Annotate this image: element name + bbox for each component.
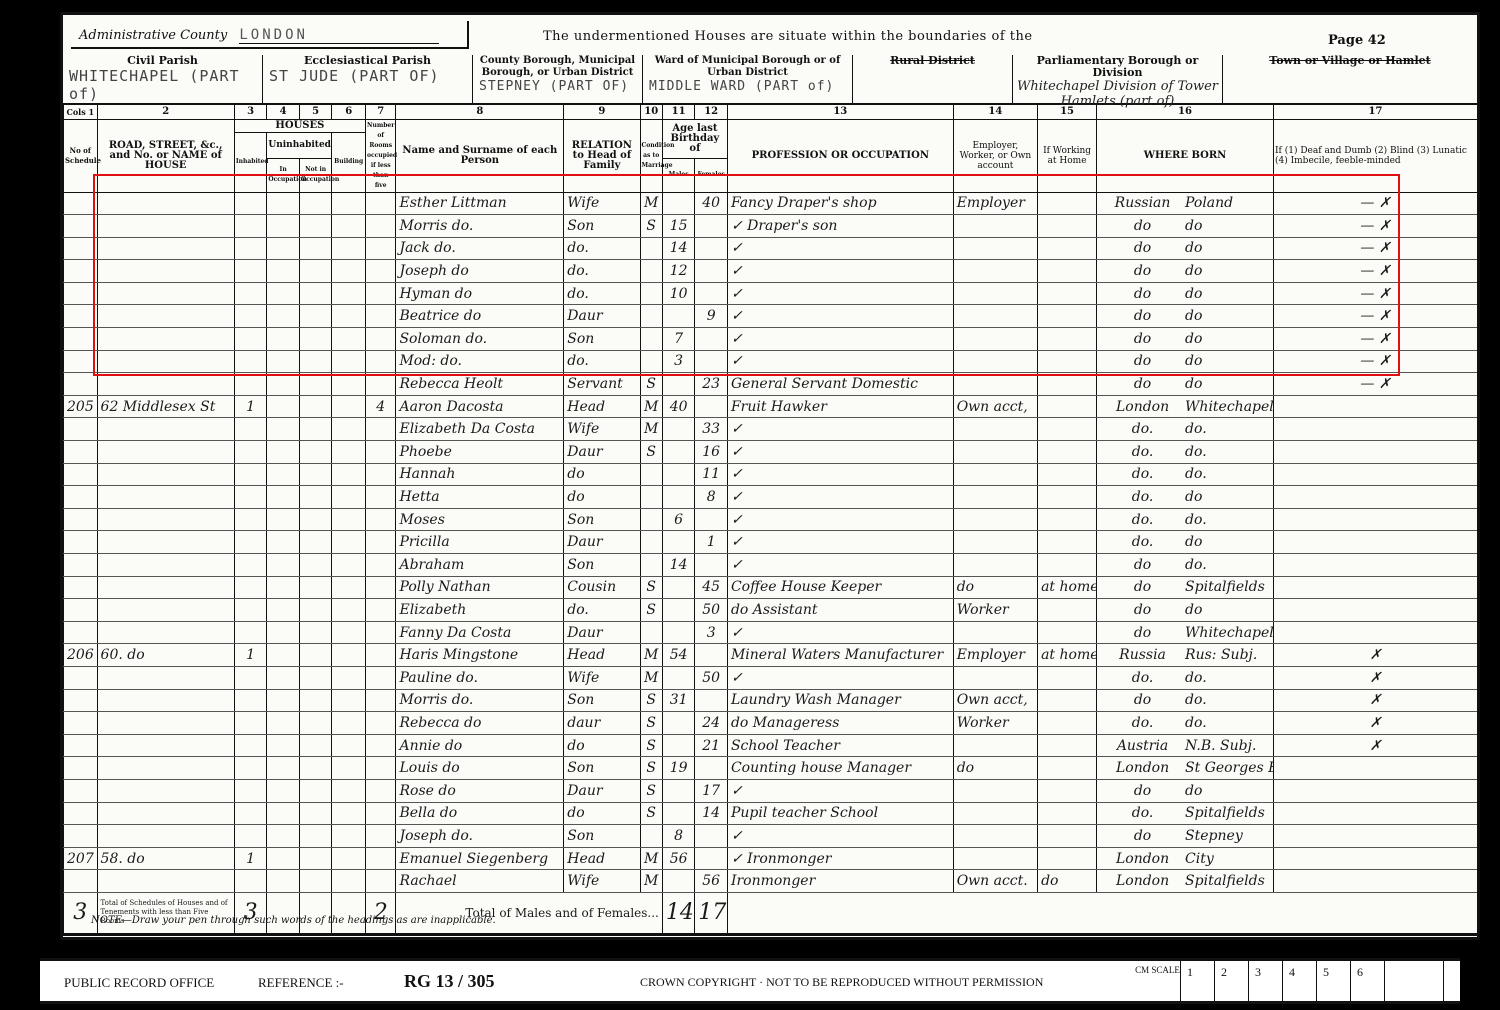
rooms-count xyxy=(365,554,396,577)
age-female xyxy=(695,282,728,305)
road-address xyxy=(97,825,234,848)
col-age: Age last Birthday of xyxy=(662,119,727,158)
table-row: Hyman dodo.10✓dodo— ✗ xyxy=(64,282,1478,305)
marital-condition xyxy=(640,328,662,351)
infirmity-mark xyxy=(1273,779,1477,802)
employer-status xyxy=(953,260,1037,283)
empty-cell xyxy=(332,870,366,893)
county-borough-label: County Borough, Municipal Borough, or Ur… xyxy=(473,55,642,79)
person-name: Rebecca do xyxy=(396,712,564,735)
table-row: Elizabeth Da CostaWifeM33✓do.do. xyxy=(64,418,1478,441)
infirmity-mark xyxy=(1273,870,1477,893)
road-address xyxy=(97,621,234,644)
col-condition: Condition as to Marriage xyxy=(640,119,662,192)
empty-cell xyxy=(299,802,332,825)
born-detail: do xyxy=(1185,489,1202,505)
empty-cell xyxy=(332,395,366,418)
where-born: dodo. xyxy=(1097,554,1274,577)
administrative-county: Administrative County LONDON xyxy=(71,21,469,49)
person-name: Hannah xyxy=(396,463,564,486)
empty-cell xyxy=(332,554,366,577)
working-at-home xyxy=(1038,825,1097,848)
born-place: London xyxy=(1100,399,1185,415)
working-at-home xyxy=(1038,260,1097,283)
relation: daur xyxy=(564,712,640,735)
marital-condition: S xyxy=(640,757,662,780)
road-address xyxy=(97,192,234,215)
marital-condition: S xyxy=(640,215,662,238)
total-inhabited: 3 xyxy=(234,892,267,934)
road-address xyxy=(97,328,234,351)
empty-cell xyxy=(332,779,366,802)
table-row: Elizabethdo.S50do AssistantWorkerdodo xyxy=(64,599,1478,622)
inhabited-count xyxy=(234,260,267,283)
empty-cell xyxy=(267,870,300,893)
rooms-count xyxy=(365,508,396,531)
road-address xyxy=(97,508,234,531)
column-number: 6 xyxy=(332,105,366,119)
born-place: do xyxy=(1100,557,1185,573)
empty-cell xyxy=(267,418,300,441)
marital-condition: S xyxy=(640,373,662,396)
employer-status xyxy=(953,373,1037,396)
age-female xyxy=(695,395,728,418)
relation: Son xyxy=(564,757,640,780)
age-female: 16 xyxy=(695,441,728,464)
empty-cell xyxy=(267,531,300,554)
marital-condition: M xyxy=(640,666,662,689)
age-male: 12 xyxy=(662,260,695,283)
empty-cell xyxy=(332,328,366,351)
working-at-home xyxy=(1038,599,1097,622)
age-female xyxy=(695,825,728,848)
empty-cell xyxy=(299,282,332,305)
inhabited-count xyxy=(234,757,267,780)
where-born: do.Spitalfields xyxy=(1097,802,1274,825)
rooms-count xyxy=(365,192,396,215)
age-female xyxy=(695,260,728,283)
relation: Wife xyxy=(564,418,640,441)
infirmity-mark xyxy=(1273,621,1477,644)
employer-status: Employer xyxy=(953,644,1037,667)
born-detail: Stepney xyxy=(1185,828,1243,844)
road-address xyxy=(97,802,234,825)
table-row: Jack do.do.14✓dodo— ✗ xyxy=(64,237,1478,260)
rooms-count xyxy=(365,418,396,441)
born-detail: do xyxy=(1185,783,1202,799)
where-born: LondonWhitechapel xyxy=(1097,395,1274,418)
road-address xyxy=(97,757,234,780)
empty-cell xyxy=(332,215,366,238)
occupation: General Servant Domestic xyxy=(727,373,953,396)
road-address xyxy=(97,282,234,305)
column-number: 2 xyxy=(97,105,234,119)
rooms-count xyxy=(365,463,396,486)
born-detail: do. xyxy=(1185,715,1207,731)
infirmity-mark: — ✗ xyxy=(1273,215,1477,238)
empty-cell xyxy=(299,689,332,712)
reference-label: REFERENCE :- xyxy=(258,975,344,991)
born-detail: do xyxy=(1185,353,1202,369)
infirmity-mark: — ✗ xyxy=(1273,328,1477,351)
where-born: doWhitechapel xyxy=(1097,621,1274,644)
born-detail: do. xyxy=(1185,692,1207,708)
empty-cell xyxy=(267,350,300,373)
rural-district: Rural District xyxy=(853,55,1013,103)
infirmity-mark: — ✗ xyxy=(1273,350,1477,373)
relation: Daur xyxy=(564,305,640,328)
civil-parish-label: Civil Parish xyxy=(63,55,262,67)
archive-footer: PUBLIC RECORD OFFICE REFERENCE :- RG 13 … xyxy=(40,958,1460,1004)
born-place: do. xyxy=(1100,534,1185,550)
age-female: 3 xyxy=(695,621,728,644)
employer-status xyxy=(953,282,1037,305)
born-detail: City xyxy=(1185,851,1214,867)
marital-condition xyxy=(640,237,662,260)
person-name: Pricilla xyxy=(396,531,564,554)
total-females: 17 xyxy=(695,892,728,934)
inhabited-count xyxy=(234,689,267,712)
inhabited-count xyxy=(234,328,267,351)
age-female xyxy=(695,508,728,531)
age-male xyxy=(662,779,695,802)
person-name: Hyman do xyxy=(396,282,564,305)
road-address xyxy=(97,779,234,802)
empty-cell xyxy=(299,779,332,802)
born-detail: Spitalfields xyxy=(1185,805,1265,821)
rooms-count xyxy=(365,328,396,351)
marital-condition: M xyxy=(640,395,662,418)
age-male xyxy=(662,373,695,396)
table-row: Pauline do.WifeM50✓do.do.✗ xyxy=(64,666,1478,689)
column-number: 16 xyxy=(1097,105,1274,119)
ecclesiastical-parish-value: ST JUDE (PART OF) xyxy=(263,67,472,85)
age-male xyxy=(662,576,695,599)
occupation: ✓ xyxy=(727,418,953,441)
empty-cell xyxy=(267,576,300,599)
road-address xyxy=(97,666,234,689)
empty-cell xyxy=(332,373,366,396)
person-name: Phoebe xyxy=(396,441,564,464)
employer-status: Own acct, xyxy=(953,689,1037,712)
born-place: do xyxy=(1100,602,1185,618)
county-borough-value: STEPNEY (PART OF) xyxy=(473,79,642,94)
road-address xyxy=(97,486,234,509)
scale-tick: 1 xyxy=(1180,961,1214,1001)
born-place: do xyxy=(1100,376,1185,392)
born-detail: do xyxy=(1185,218,1202,234)
relation: do. xyxy=(564,282,640,305)
empty-cell xyxy=(299,463,332,486)
born-place: do. xyxy=(1100,489,1185,505)
empty-cell xyxy=(299,237,332,260)
working-at-home: at home xyxy=(1038,576,1097,599)
table-row: 20758. do1Emanuel SiegenbergHeadM56✓ Iro… xyxy=(64,847,1478,870)
empty-cell xyxy=(332,192,366,215)
age-male: 56 xyxy=(662,847,695,870)
where-born: dodo xyxy=(1097,779,1274,802)
where-born: LondonCity xyxy=(1097,847,1274,870)
age-female: 17 xyxy=(695,779,728,802)
empty-cell xyxy=(267,554,300,577)
empty-cell xyxy=(267,328,300,351)
working-at-home xyxy=(1038,282,1097,305)
table-row: Esther LittmanWifeM40Fancy Draper's shop… xyxy=(64,192,1478,215)
inhabited-count xyxy=(234,666,267,689)
empty-cell xyxy=(299,305,332,328)
age-male: 40 xyxy=(662,395,695,418)
born-detail: do xyxy=(1185,534,1202,550)
age-male xyxy=(662,486,695,509)
age-female xyxy=(695,644,728,667)
where-born: doStepney xyxy=(1097,825,1274,848)
column-number: Cols 1 xyxy=(64,105,98,119)
col-at-home: If Working at Home xyxy=(1038,119,1097,192)
working-at-home xyxy=(1038,215,1097,238)
empty-cell xyxy=(332,734,366,757)
empty-cell xyxy=(332,282,366,305)
person-name: Pauline do. xyxy=(396,666,564,689)
road-address xyxy=(97,712,234,735)
where-born: dodo xyxy=(1097,237,1274,260)
road-address xyxy=(97,373,234,396)
working-at-home xyxy=(1038,328,1097,351)
relation: do xyxy=(564,734,640,757)
empty-cell xyxy=(299,395,332,418)
employer-status xyxy=(953,463,1037,486)
occupation: ✓ xyxy=(727,621,953,644)
employer-status xyxy=(953,666,1037,689)
person-name: Rebecca Heolt xyxy=(396,373,564,396)
person-name: Emanuel Siegenberg xyxy=(396,847,564,870)
inhabited-count xyxy=(234,531,267,554)
occupation: ✓ xyxy=(727,779,953,802)
born-detail: do. xyxy=(1185,466,1207,482)
empty-cell xyxy=(332,712,366,735)
empty-cell xyxy=(332,621,366,644)
relation: Son xyxy=(564,554,640,577)
col-rooms: Number of Rooms occupied if less than fi… xyxy=(365,119,396,192)
marital-condition: S xyxy=(640,734,662,757)
schedule-number: 207 xyxy=(64,847,98,870)
empty-cell xyxy=(299,215,332,238)
person-name: Fanny Da Costa xyxy=(396,621,564,644)
table-row: Morris do.SonS31Laundry Wash ManagerOwn … xyxy=(64,689,1478,712)
person-name: Hetta xyxy=(396,486,564,509)
empty-cell xyxy=(299,531,332,554)
born-detail: St Georges E, xyxy=(1185,760,1273,776)
marital-condition: M xyxy=(640,644,662,667)
employer-status: Worker xyxy=(953,599,1037,622)
employer-status xyxy=(953,554,1037,577)
person-name: Rose do xyxy=(396,779,564,802)
empty-cell xyxy=(299,486,332,509)
empty-cell xyxy=(332,260,366,283)
born-place: Russia xyxy=(1100,647,1185,663)
rooms-count xyxy=(365,486,396,509)
working-at-home xyxy=(1038,305,1097,328)
schedule-number xyxy=(64,689,98,712)
scale-end xyxy=(1384,961,1444,1001)
where-born: dodo xyxy=(1097,328,1274,351)
inhabited-count xyxy=(234,237,267,260)
boundary-text: The undermentioned Houses are situate wi… xyxy=(543,29,1033,44)
marital-condition xyxy=(640,508,662,531)
empty-cell xyxy=(332,441,366,464)
rooms-count xyxy=(365,802,396,825)
born-place: do xyxy=(1100,218,1185,234)
age-female: 50 xyxy=(695,599,728,622)
schedule-number xyxy=(64,328,98,351)
column-number: 8 xyxy=(396,105,564,119)
where-born: doSpitalfields xyxy=(1097,576,1274,599)
born-place: Russian xyxy=(1100,195,1185,211)
schedule-number xyxy=(64,621,98,644)
person-name: Elizabeth xyxy=(396,599,564,622)
age-female xyxy=(695,237,728,260)
occupation: ✓ xyxy=(727,350,953,373)
inhabited-count xyxy=(234,305,267,328)
infirmity-mark: — ✗ xyxy=(1273,305,1477,328)
road-address xyxy=(97,463,234,486)
empty-cell xyxy=(332,825,366,848)
person-name: Morris do. xyxy=(396,689,564,712)
empty-cell xyxy=(332,802,366,825)
occupation: ✓ xyxy=(727,237,953,260)
occupation: ✓ xyxy=(727,441,953,464)
born-detail: Rus: Subj. xyxy=(1185,647,1257,663)
table-row: Joseph dodo.12✓dodo— ✗ xyxy=(64,260,1478,283)
employer-status: Own acct. xyxy=(953,870,1037,893)
relation: Son xyxy=(564,508,640,531)
where-born: do.do. xyxy=(1097,463,1274,486)
age-female: 33 xyxy=(695,418,728,441)
occupation: Fancy Draper's shop xyxy=(727,192,953,215)
where-born: do.do. xyxy=(1097,666,1274,689)
working-at-home xyxy=(1038,486,1097,509)
occupation: ✓ xyxy=(727,463,953,486)
col-name: Name and Surname of each Person xyxy=(396,119,564,192)
col-not-in-occupation: Not in Occupation xyxy=(299,158,332,192)
schedule-number xyxy=(64,576,98,599)
person-name: Bella do xyxy=(396,802,564,825)
inhabited-count xyxy=(234,554,267,577)
col-schedule: No of Schedule xyxy=(64,119,98,192)
working-at-home xyxy=(1038,192,1097,215)
age-male xyxy=(662,463,695,486)
relation: Son xyxy=(564,215,640,238)
age-female xyxy=(695,215,728,238)
occupation: ✓ xyxy=(727,305,953,328)
table-row: Rebecca dodaurS24do ManageressWorkerdo.d… xyxy=(64,712,1478,735)
relation: do xyxy=(564,802,640,825)
road-address xyxy=(97,576,234,599)
table-row: Louis doSonS19Counting house ManagerdoLo… xyxy=(64,757,1478,780)
schedule-number xyxy=(64,282,98,305)
infirmity-mark xyxy=(1273,463,1477,486)
admin-county-label: Administrative County xyxy=(79,28,227,43)
born-place: do xyxy=(1100,579,1185,595)
working-at-home xyxy=(1038,350,1097,373)
person-name: Rachael xyxy=(396,870,564,893)
empty-cell xyxy=(332,486,366,509)
empty-cell xyxy=(332,599,366,622)
rooms-count xyxy=(365,576,396,599)
empty-cell xyxy=(299,734,332,757)
table-row: Fanny Da CostaDaur3✓doWhitechapel xyxy=(64,621,1478,644)
marital-condition: M xyxy=(640,418,662,441)
born-detail: do xyxy=(1185,286,1202,302)
rooms-count xyxy=(365,847,396,870)
infirmity-mark xyxy=(1273,847,1477,870)
occupation: Ironmonger xyxy=(727,870,953,893)
road-address xyxy=(97,441,234,464)
born-place: do xyxy=(1100,353,1185,369)
column-number: 9 xyxy=(564,105,640,119)
road-address xyxy=(97,237,234,260)
person-name: Jack do. xyxy=(396,237,564,260)
age-male: 31 xyxy=(662,689,695,712)
working-at-home xyxy=(1038,373,1097,396)
total-schedules-label: Total of Schedules of Houses and of Tene… xyxy=(97,892,234,934)
rooms-count xyxy=(365,282,396,305)
employer-status xyxy=(953,237,1037,260)
road-address xyxy=(97,689,234,712)
age-male xyxy=(662,802,695,825)
marital-condition: M xyxy=(640,870,662,893)
inhabited-count xyxy=(234,373,267,396)
column-number: 10 xyxy=(640,105,662,119)
total-rooms: 2 xyxy=(365,892,396,934)
employer-status xyxy=(953,825,1037,848)
relation: Wife xyxy=(564,870,640,893)
infirmity-mark: — ✗ xyxy=(1273,260,1477,283)
person-name: Esther Littman xyxy=(396,192,564,215)
working-at-home xyxy=(1038,554,1097,577)
age-female xyxy=(695,757,728,780)
schedule-number xyxy=(64,441,98,464)
born-detail: do. xyxy=(1185,670,1207,686)
parliamentary-division: Parliamentary Borough or Division Whitec… xyxy=(1013,55,1223,103)
relation: Head xyxy=(564,395,640,418)
marital-condition xyxy=(640,260,662,283)
table-row: Polly NathanCousinS45Coffee House Keeper… xyxy=(64,576,1478,599)
working-at-home xyxy=(1038,847,1097,870)
inhabited-count xyxy=(234,825,267,848)
employer-status xyxy=(953,350,1037,373)
born-place: do. xyxy=(1100,444,1185,460)
col-occupation: PROFESSION OR OCCUPATION xyxy=(727,119,953,192)
road-address: 62 Middlesex St xyxy=(97,395,234,418)
marital-condition xyxy=(640,825,662,848)
schedule-number xyxy=(64,870,98,893)
table-row: Beatrice doDaur9✓dodo— ✗ xyxy=(64,305,1478,328)
ecclesiastical-parish-label: Ecclesiastical Parish xyxy=(263,55,472,67)
working-at-home xyxy=(1038,779,1097,802)
born-place: do xyxy=(1100,625,1185,641)
road-address xyxy=(97,870,234,893)
rooms-count xyxy=(365,734,396,757)
scale-tick: 6 xyxy=(1350,961,1384,1001)
infirmity-mark xyxy=(1273,531,1477,554)
working-at-home xyxy=(1038,621,1097,644)
table-row: Rose doDaurS17✓dodo xyxy=(64,779,1478,802)
schedule-number: 206 xyxy=(64,644,98,667)
marital-condition xyxy=(640,621,662,644)
inhabited-count xyxy=(234,508,267,531)
born-place: do xyxy=(1100,308,1185,324)
empty-cell xyxy=(267,802,300,825)
